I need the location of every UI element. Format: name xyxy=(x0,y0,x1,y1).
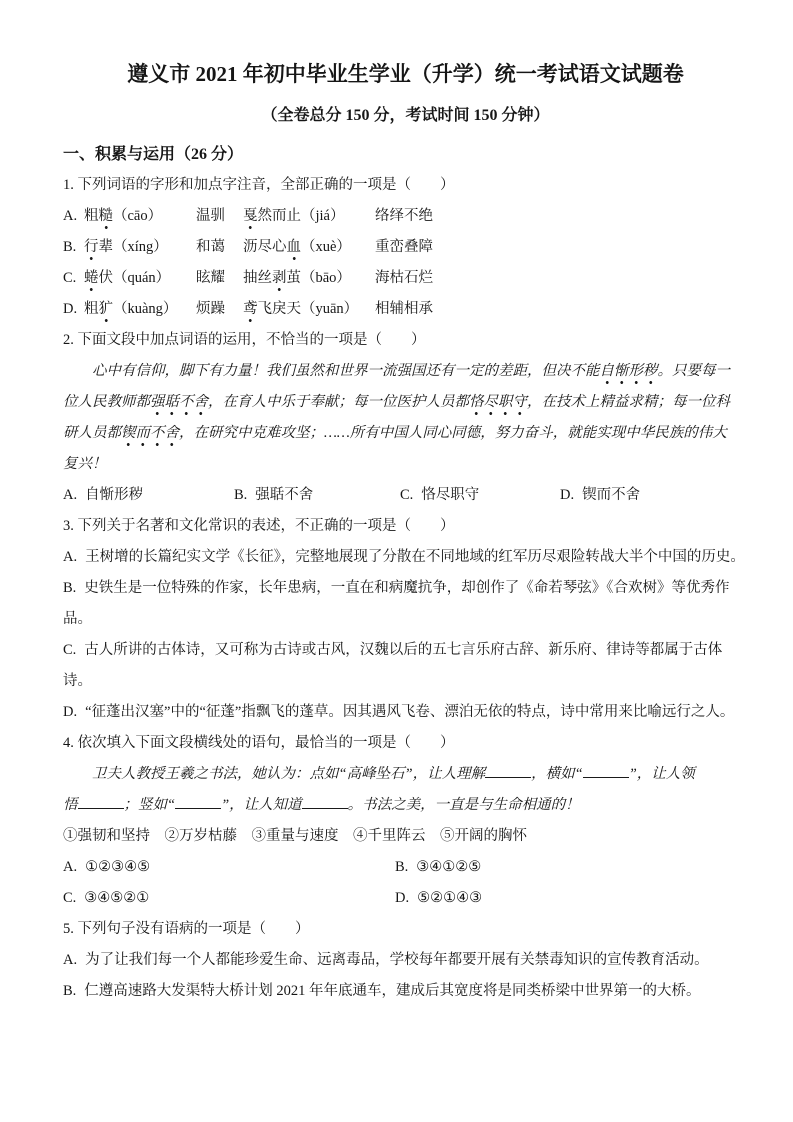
q4-option-c: C.③④⑤②① xyxy=(63,883,395,914)
q1-row-b: B.行辈（xíng）和蔼沥尽心血（xuè）重峦叠障 xyxy=(63,232,748,263)
word-item: 粗犷（kuàng） xyxy=(84,294,196,325)
option-text: 强聒不舍 xyxy=(255,487,313,503)
emphasized-word: 自惭形秽 xyxy=(600,363,658,385)
q5-option-a: A.为了让我们每一个人都能珍爱生命、远离毒品，学校每年都要开展有关禁毒知识的宣传… xyxy=(63,945,748,976)
text-segment: 辈（xíng） xyxy=(99,239,168,255)
option-text: ③④⑤②① xyxy=(84,890,149,906)
word-item: 海枯石烂 xyxy=(375,263,748,294)
option-text: ③④①②⑤ xyxy=(416,859,481,875)
option-text: ①②③④⑤ xyxy=(85,859,150,875)
q4-option-d: D.⑤②①④③ xyxy=(395,883,748,914)
q4-option-a: A.①②③④⑤ xyxy=(63,852,395,883)
text-segment: （xuè） xyxy=(301,239,351,255)
emphasized-word: 血 xyxy=(287,239,302,261)
q2-choices: A.自惭形秽B.强聒不舍C.恪尽职守D.锲而不舍 xyxy=(63,480,748,511)
text-segment: 心中有信仰，脚下有力量！我们虽然和世界一流强国还有一定的差距，但决不能 xyxy=(92,363,600,379)
q2-option-a: A.自惭形秽 xyxy=(63,480,234,511)
q4-option-b: B.③④①②⑤ xyxy=(395,852,748,883)
emphasized-word: 剥 xyxy=(272,270,287,292)
word-item: 烦躁 xyxy=(196,294,243,325)
word-item: 沥尽心血（xuè） xyxy=(243,232,375,263)
text-segment: 。只要每一 xyxy=(658,363,731,379)
q2-option-b: B.强聒不舍 xyxy=(234,480,400,511)
option-letter: B. xyxy=(395,859,408,875)
word-item: 相辅相承 xyxy=(375,294,748,325)
text-segment: ，在技术上精益求精；每一位科 xyxy=(527,394,730,410)
option-text: ⑤②①④③ xyxy=(417,890,482,906)
text-segment: 粗 xyxy=(84,208,99,224)
q3-stem: 3. 下列关于名著和文化常识的表述，不正确的一项是（ ） xyxy=(63,511,748,542)
option-text: 史铁生是一位特殊的作家，长年患病，一直在和病魔抗争，却创作了《命若琴弦》《合欢树… xyxy=(63,580,730,627)
text-segment: （kuàng） xyxy=(113,301,177,317)
option-text: 自惭形秽 xyxy=(85,487,143,503)
option-letter: B. xyxy=(63,580,76,596)
word-item: 和蔼 xyxy=(196,232,243,263)
option-letter: D. xyxy=(395,890,409,906)
word-item: 眩耀 xyxy=(196,263,243,294)
text-segment: ，在研究中克难攻坚；……所有中国人同心同德，努力奋斗，就能实现中华民族的伟大 xyxy=(179,425,727,441)
option-text: 为了让我们每一个人都能珍爱生命、远离毒品，学校每年都要开展有关禁毒知识的宣传教育… xyxy=(85,952,709,968)
option-letter: D. xyxy=(63,704,77,720)
q1-row-a: A.粗糙（cāo）温驯戛然而止（jiá）络绎不绝 xyxy=(63,201,748,232)
option-text: 古人所讲的古体诗，又可称为古诗或古风，汉魏以后的五七言乐府古辞、新乐府、律诗等都… xyxy=(63,642,722,689)
text-segment: 飞戾天（yuān） xyxy=(258,301,359,317)
q3-option-a: A.王树增的长篇纪实文学《长征》，完整地展现了分散在不同地域的红军历尽艰险转战大… xyxy=(63,542,748,573)
option-letter: B. xyxy=(63,983,76,999)
option-letter: A. xyxy=(63,487,77,503)
blank-underline xyxy=(302,795,348,809)
text-segment: 悟 xyxy=(63,797,78,813)
word-item: 重峦叠障 xyxy=(375,232,748,263)
exam-title: 遵义市 2021 年初中毕业生学业（升学）统一考试语文试题卷 xyxy=(63,58,748,90)
q4-choices: A.①②③④⑤B.③④①②⑤C.③④⑤②①D.⑤②①④③ xyxy=(63,852,748,914)
word-item: 鸢飞戾天（yuān） xyxy=(243,294,375,325)
question-2: 2. 下面文段中加点词语的运用，不恰当的一项是（ ） 心中有信仰，脚下有力量！我… xyxy=(63,325,748,511)
q3-option-b: B.史铁生是一位特殊的作家，长年患病，一直在和病魔抗争，却创作了《命若琴弦》《合… xyxy=(63,573,748,635)
text-segment: 卫夫人教授王羲之书法，她认为：点如“高峰坠石”，让人理解 xyxy=(92,766,485,782)
text-segment: 然而止（jiá） xyxy=(258,208,345,224)
word-item: 温驯 xyxy=(196,201,243,232)
q2-option-c: C.恪尽职守 xyxy=(400,480,560,511)
q4-stem: 4. 依次填入下面文段横线处的语句，最恰当的一项是（ ） xyxy=(63,728,748,759)
text-segment: 温驯 xyxy=(196,208,225,224)
section-1-heading: 一、积累与运用（26 分） xyxy=(63,139,748,170)
text-segment: 相辅相承 xyxy=(375,301,433,317)
blank-underline xyxy=(78,795,124,809)
option-letter: A. xyxy=(63,201,84,232)
word-item: 抽丝剥茧（bāo） xyxy=(243,263,375,294)
q5-choices: A.为了让我们每一个人都能珍爱生命、远离毒品，学校每年都要开展有关禁毒知识的宣传… xyxy=(63,945,748,1007)
q5-option-b: B.仁遵高速路大发渠特大桥计划 2021 年年底通车，建成后其宽度将是同类桥梁中… xyxy=(63,976,748,1007)
q3-choices: A.王树增的长篇纪实文学《长征》，完整地展现了分散在不同地域的红军历尽艰险转战大… xyxy=(63,542,748,728)
option-letter: B. xyxy=(234,487,247,503)
text-segment: ；竖如“ xyxy=(124,797,176,813)
word-item: 行辈（xíng） xyxy=(84,232,196,263)
text-segment: 位人民教师都 xyxy=(63,394,150,410)
blank-underline xyxy=(175,795,221,809)
question-1: 1. 下列词语的字形和加点字注音，全部正确的一项是（ ） A.粗糙（cāo）温驯… xyxy=(63,170,748,325)
text-segment: 络绎不绝 xyxy=(375,208,433,224)
q2-option-d: D.锲而不舍 xyxy=(560,480,748,511)
text-segment: ，在育人中乐于奉献；每一位医护人员都 xyxy=(208,394,469,410)
q4-passage: 卫夫人教授王羲之书法，她认为：点如“高峰坠石”，让人理解，横如“”，让人领悟；竖… xyxy=(63,759,748,821)
blank-underline xyxy=(583,764,629,778)
text-segment: ”，让人领 xyxy=(629,766,695,782)
q1-row-c: C.蜷伏（quán）眩耀抽丝剥茧（bāo）海枯石烂 xyxy=(63,263,748,294)
text-segment: 。书法之美，一直是与生命相通的！ xyxy=(348,797,580,813)
q2-stem: 2. 下面文段中加点词语的运用，不恰当的一项是（ ） xyxy=(63,325,748,356)
option-letter: B. xyxy=(63,232,84,263)
option-text: 恪尽职守 xyxy=(421,487,479,503)
option-letter: C. xyxy=(400,487,413,503)
option-text: 仁遵高速路大发渠特大桥计划 2021 年年底通车，建成后其宽度将是同类桥梁中世界… xyxy=(84,983,700,999)
emphasized-word: 犷 xyxy=(99,301,114,323)
option-text: “征蓬出汉塞”中的“征蓬”指飘飞的蓬草。因其遇风飞卷、漂泊无依的特点，诗中常用来… xyxy=(85,704,734,720)
emphasized-word: 恪尽职守 xyxy=(469,394,527,416)
text-segment: 和蔼 xyxy=(196,239,225,255)
text-segment: 研人员都 xyxy=(63,425,121,441)
option-letter: C. xyxy=(63,263,84,294)
option-letter: A. xyxy=(63,952,77,968)
emphasized-word: 蜷 xyxy=(84,270,99,292)
word-item: 络绎不绝 xyxy=(375,201,748,232)
text-segment: 沥尽心 xyxy=(243,239,287,255)
q4-phrases: ①强韧和坚持 ②万岁枯藤 ③重量与速度 ④千里阵云 ⑤开阔的胸怀 xyxy=(63,821,748,852)
emphasized-word: 强聒不舍 xyxy=(150,394,208,416)
option-letter: C. xyxy=(63,642,76,658)
emphasized-word: 锲而不舍 xyxy=(121,425,179,447)
option-letter: C. xyxy=(63,890,76,906)
text-segment: 重峦叠障 xyxy=(375,239,433,255)
q2-passage: 心中有信仰，脚下有力量！我们虽然和世界一流强国还有一定的差距，但决不能自惭形秽。… xyxy=(63,356,748,480)
question-4: 4. 依次填入下面文段横线处的语句，最恰当的一项是（ ） 卫夫人教授王羲之书法，… xyxy=(63,728,748,914)
text-segment: 伏（quán） xyxy=(99,270,171,286)
word-item: 戛然而止（jiá） xyxy=(243,201,375,232)
blank-underline xyxy=(485,764,531,778)
text-segment: 复兴！ xyxy=(63,456,107,472)
question-5: 5. 下列句子没有语病的一项是（ ） A.为了让我们每一个人都能珍爱生命、远离毒… xyxy=(63,914,748,1007)
q5-stem: 5. 下列句子没有语病的一项是（ ） xyxy=(63,914,748,945)
q1-stem: 1. 下列词语的字形和加点字注音，全部正确的一项是（ ） xyxy=(63,170,748,201)
word-item: 粗糙（cāo） xyxy=(84,201,196,232)
text-segment: 抽丝 xyxy=(243,270,272,286)
text-segment: 粗 xyxy=(84,301,99,317)
q3-option-d: D.“征蓬出汉塞”中的“征蓬”指飘飞的蓬草。因其遇风飞卷、漂泊无依的特点，诗中常… xyxy=(63,697,748,728)
text-segment: 眩耀 xyxy=(196,270,225,286)
q1-choices: A.粗糙（cāo）温驯戛然而止（jiá）络绎不绝B.行辈（xíng）和蔼沥尽心血… xyxy=(63,201,748,325)
text-segment: 茧（bāo） xyxy=(287,270,351,286)
option-letter: A. xyxy=(63,549,77,565)
option-letter: D. xyxy=(63,294,84,325)
text-segment: （cāo） xyxy=(113,208,162,224)
emphasized-word: 行 xyxy=(84,239,99,261)
emphasized-word: 鸢 xyxy=(243,301,258,323)
q3-option-c: C.古人所讲的古体诗，又可称为古诗或古风，汉魏以后的五七言乐府古辞、新乐府、律诗… xyxy=(63,635,748,697)
option-letter: A. xyxy=(63,859,77,875)
exam-subtitle: （全卷总分 150 分，考试时间 150 分钟） xyxy=(63,101,748,131)
option-letter: D. xyxy=(560,487,574,503)
emphasized-word: 糙 xyxy=(99,208,114,230)
emphasized-word: 戛 xyxy=(243,208,258,230)
question-3: 3. 下列关于名著和文化常识的表述，不正确的一项是（ ） A.王树增的长篇纪实文… xyxy=(63,511,748,728)
exam-paper-page: 遵义市 2021 年初中毕业生学业（升学）统一考试语文试题卷 （全卷总分 150… xyxy=(0,0,793,1122)
text-segment: ”，让人知道 xyxy=(221,797,302,813)
q1-row-d: D.粗犷（kuàng）烦躁鸢飞戾天（yuān）相辅相承 xyxy=(63,294,748,325)
text-segment: 海枯石烂 xyxy=(375,270,433,286)
option-text: 王树增的长篇纪实文学《长征》，完整地展现了分散在不同地域的红军历尽艰险转战大半个… xyxy=(85,549,745,565)
word-item: 蜷伏（quán） xyxy=(84,263,196,294)
option-text: 锲而不舍 xyxy=(582,487,640,503)
text-segment: 烦躁 xyxy=(196,301,225,317)
text-segment: ，横如“ xyxy=(531,766,583,782)
